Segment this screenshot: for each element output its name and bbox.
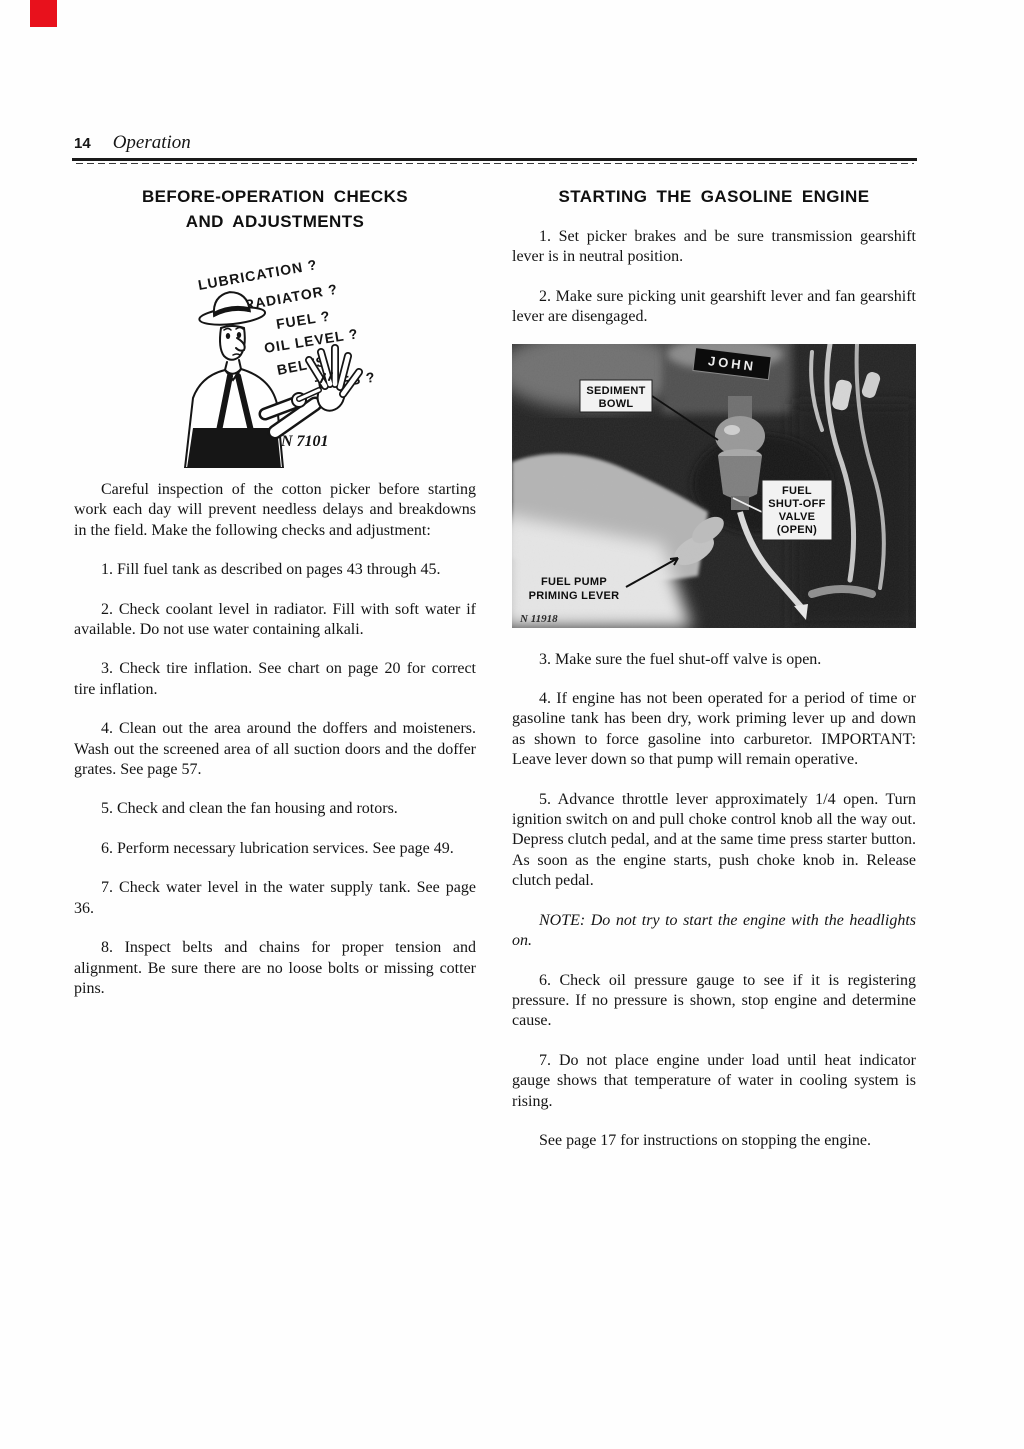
start-item-7: 7. Do not place engine under load until … — [512, 1051, 916, 1112]
start-item-3: 3. Make sure the fuel shut-off valve is … — [512, 650, 916, 670]
cartoon-figure-number: N 7101 — [280, 433, 329, 450]
manual-page: 14 Operation BEFORE-OPERATION CHECKS AND… — [0, 0, 1024, 1449]
page-header: 14 Operation — [74, 132, 191, 154]
label-sediment-bowl: SEDIMENT BOWL — [580, 380, 652, 412]
start-item-4: 4. If engine has not been operated for a… — [512, 689, 916, 771]
svg-text:SHUT-OFF: SHUT-OFF — [768, 498, 825, 510]
check-item-7: 7. Check water level in the water supply… — [74, 878, 476, 919]
check-item-3: 3. Check tire inflation. See chart on pa… — [74, 659, 476, 700]
intro-paragraph: Careful inspection of the cotton picker … — [74, 480, 476, 541]
photo-figure-number: N 11918 — [519, 613, 558, 625]
svg-text:FUEL: FUEL — [782, 485, 812, 497]
check-item-5: 5. Check and clean the fan housing and r… — [74, 799, 476, 819]
note-paragraph: NOTE: Do not try to start the engine wit… — [512, 911, 916, 952]
farmer-figure — [185, 289, 359, 468]
check-item-6: 6. Perform necessary lubrication service… — [74, 839, 476, 859]
cartoon-label: FUEL ? — [275, 308, 332, 332]
start-item-5: 5. Advance throttle lever approximately … — [512, 790, 916, 892]
header-rule-shadow — [76, 163, 914, 164]
start-item-1: 1. Set picker brakes and be sure transmi… — [512, 227, 916, 268]
left-column: BEFORE-OPERATION CHECKS AND ADJUSTMENTS … — [74, 184, 476, 1018]
right-heading: STARTING THE GASOLINE ENGINE — [512, 184, 916, 209]
page-number: 14 — [74, 135, 91, 152]
red-marker — [30, 0, 57, 27]
svg-text:BOWL: BOWL — [599, 398, 634, 410]
check-item-2: 2. Check coolant level in radiator. Fill… — [74, 600, 476, 641]
red-marker-rect — [30, 0, 57, 27]
left-heading-line1: BEFORE-OPERATION CHECKS — [74, 184, 476, 209]
svg-text:(OPEN): (OPEN) — [777, 524, 817, 536]
header-rule — [72, 158, 917, 161]
check-item-4: 4. Clean out the area around the doffers… — [74, 719, 476, 780]
start-item-2: 2. Make sure picking unit gearshift leve… — [512, 287, 916, 328]
check-item-8: 8. Inspect belts and chains for proper t… — [74, 938, 476, 999]
svg-text:SEDIMENT: SEDIMENT — [586, 385, 645, 397]
svg-text:VALVE: VALVE — [779, 511, 816, 523]
inspection-cartoon: LUBRICATION ? RADIATOR ? FUEL ? OIL LEVE… — [135, 236, 415, 468]
left-heading: BEFORE-OPERATION CHECKS AND ADJUSTMENTS — [74, 184, 476, 234]
start-item-6: 6. Check oil pressure gauge to see if it… — [512, 971, 916, 1032]
right-column: STARTING THE GASOLINE ENGINE 1. Set pick… — [512, 184, 916, 1170]
closing-paragraph: See page 17 for instructions on stopping… — [512, 1131, 916, 1151]
photo-content: JOHN SEDIMENT BOWL FUEL SHUT-OFF VALVE (… — [512, 344, 916, 628]
engine-photo: JOHN SEDIMENT BOWL FUEL SHUT-OFF VALVE (… — [512, 344, 916, 628]
check-item-1: 1. Fill fuel tank as described on pages … — [74, 560, 476, 580]
left-heading-line2: AND ADJUSTMENTS — [74, 209, 476, 234]
section-title: Operation — [113, 132, 191, 154]
svg-text:PRIMING LEVER: PRIMING LEVER — [529, 590, 620, 602]
svg-text:FUEL PUMP: FUEL PUMP — [541, 576, 607, 588]
label-fuel-shutoff-valve: FUEL SHUT-OFF VALVE (OPEN) — [762, 480, 832, 540]
